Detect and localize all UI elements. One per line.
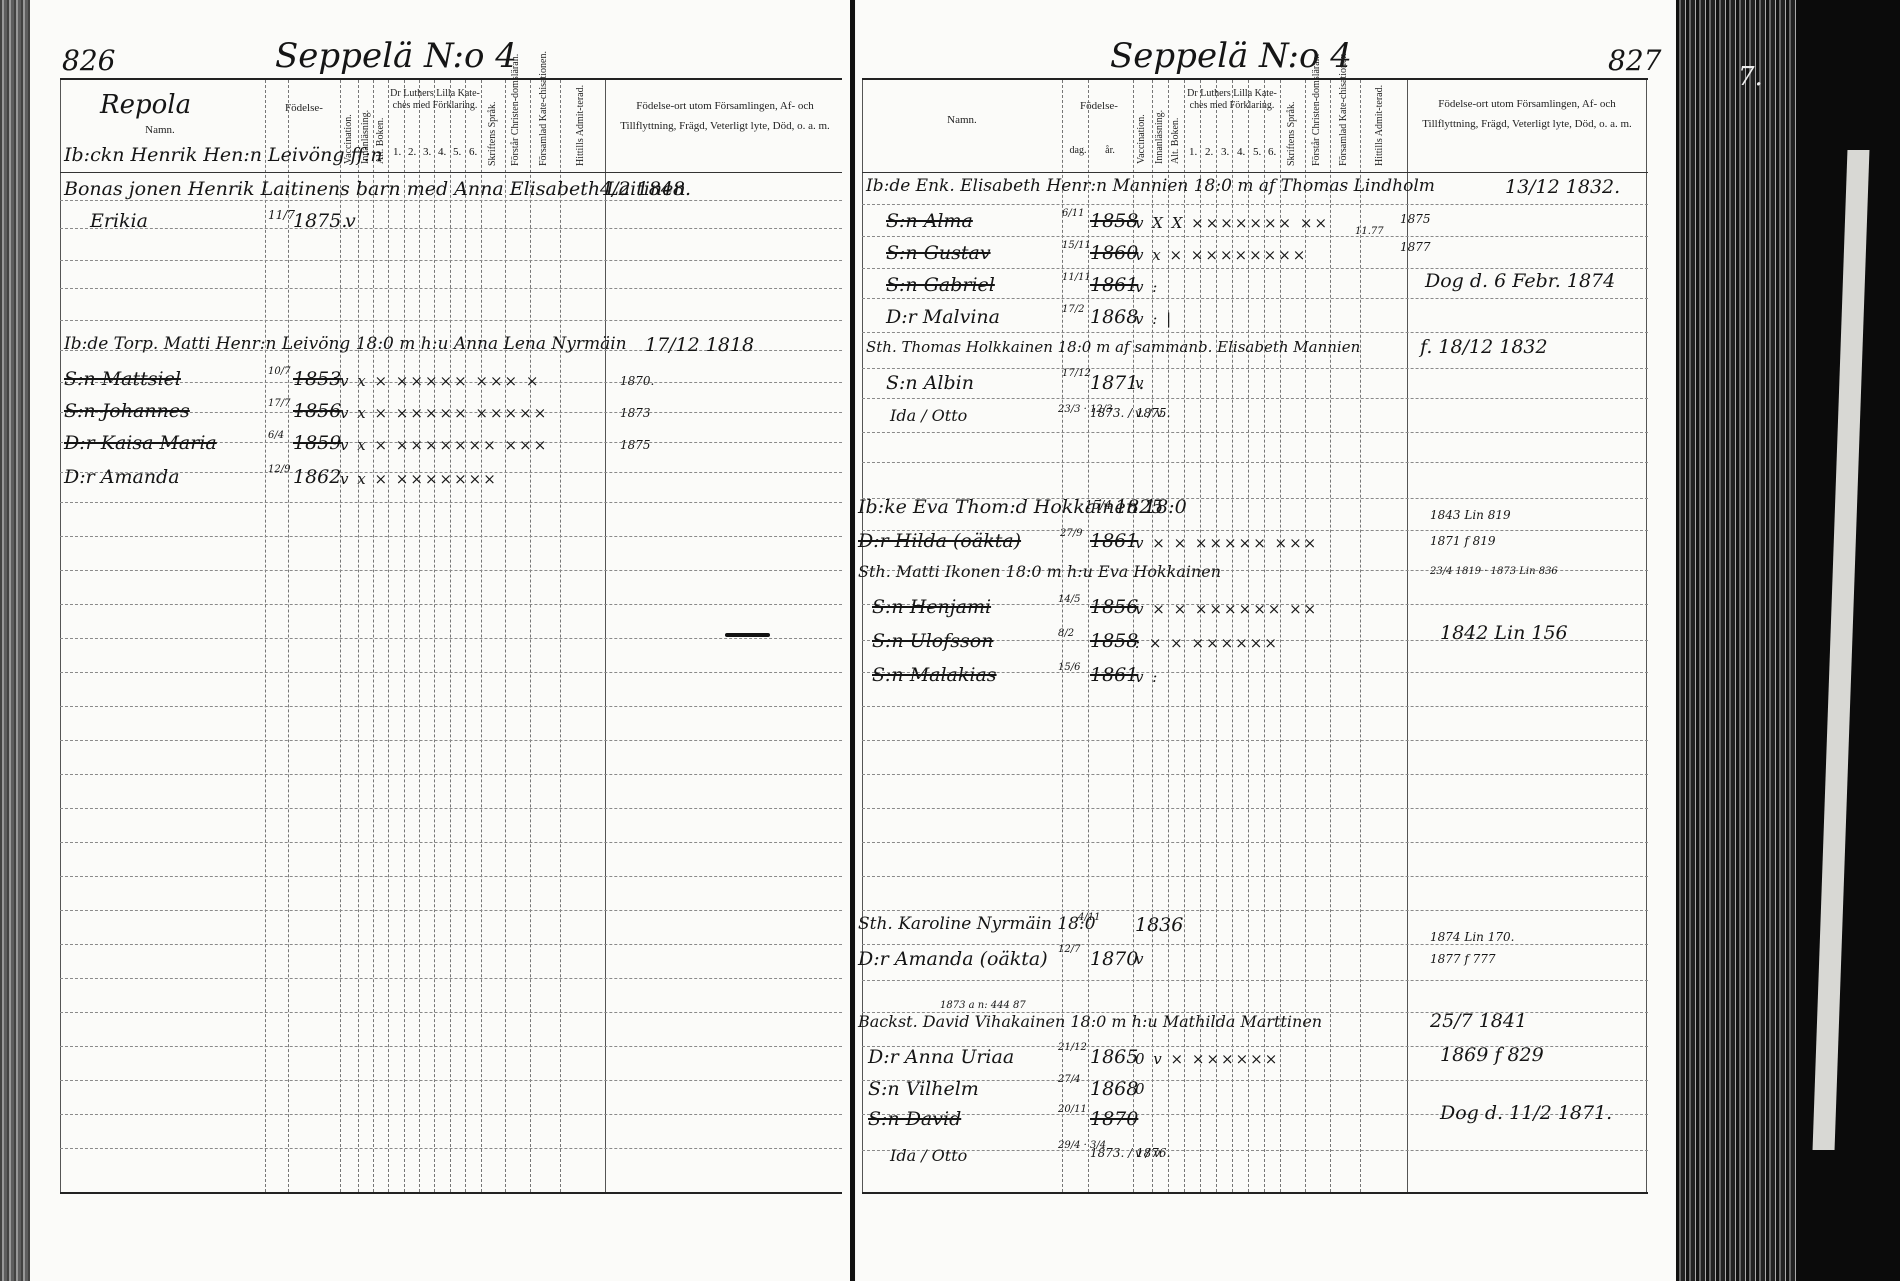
entry-name: D:r Malvina bbox=[886, 306, 1000, 328]
entry-name: S:n Mattsiel bbox=[64, 368, 181, 390]
catechism-col-6: 6. bbox=[1268, 146, 1276, 158]
entry-remarks: 4/2 1848. bbox=[600, 178, 691, 200]
entry-marks: v X X ××××××× ×× bbox=[1135, 214, 1329, 232]
catechism-col-3: 3. bbox=[1221, 146, 1229, 158]
entry-name: S:n Ulofsson bbox=[872, 630, 993, 652]
entry-marks: v x × ××××× ××× × bbox=[340, 372, 540, 390]
entry-name: D:r Anna Uriaa bbox=[868, 1046, 1014, 1068]
catechism-col-4: 4. bbox=[1237, 146, 1245, 158]
scripture-header: Skriftens Språk. bbox=[487, 84, 498, 166]
entry-name: D:r Kaisa Maria bbox=[64, 432, 217, 454]
entry-birth-year: 1853 bbox=[293, 368, 341, 390]
catechism-meeting-header: Församlad Kate-chisationen. bbox=[1338, 84, 1349, 166]
entry-name: S:n Johannes bbox=[64, 400, 190, 422]
entry-name: D:r Amanda bbox=[64, 466, 180, 488]
entry-birth-day: 15/6 bbox=[1058, 662, 1080, 673]
entry-birth-day: 6/4 bbox=[268, 430, 284, 441]
luther-catechism-header: Dr Luthers Lilla Kate-ches med Förklarin… bbox=[388, 88, 482, 112]
entry-remarks: Dog d. 11/2 1871. bbox=[1440, 1102, 1612, 1124]
entry-remarks: 1875 bbox=[1400, 212, 1431, 226]
entry-birth-year: 1861 bbox=[1090, 530, 1138, 552]
entry-remarks: f. 18/12 1832 bbox=[1420, 336, 1548, 358]
entry-marks: v : bbox=[1135, 668, 1159, 686]
entry-birth-year: 1860 bbox=[1090, 242, 1138, 264]
entry-remarks: 1842 Lin 156 bbox=[1440, 622, 1568, 644]
entry-name: S:n Gabriel bbox=[886, 274, 995, 296]
catechism-col-4: 4. bbox=[438, 146, 446, 158]
edge-mark: 7. bbox=[1738, 62, 1763, 92]
name-header: Namn. bbox=[130, 124, 190, 137]
entry-remarks: 1877 bbox=[1400, 240, 1431, 254]
birth-header: Födelse- bbox=[1066, 100, 1132, 113]
entry-birth-day: 14/5 bbox=[1058, 594, 1080, 605]
entry-birth-day: 21/12 bbox=[1058, 1042, 1087, 1053]
entry-marks: v bbox=[1135, 950, 1145, 968]
entry-name: Backst. David Vihakainen 18:0 m h:u Math… bbox=[858, 1012, 1322, 1031]
book-binding bbox=[850, 0, 855, 1281]
catechism-col-5: 5. bbox=[1253, 146, 1261, 158]
entry-birth-year: 1825 bbox=[1115, 496, 1163, 518]
entry-birth-year: 1861 bbox=[1090, 664, 1138, 686]
entry-remarks: 1874 Lin 170. bbox=[1430, 930, 1514, 944]
catechism-meeting-header: Församlad Kate-chisationen. bbox=[538, 84, 549, 166]
catechism-col-2: 2. bbox=[408, 146, 416, 158]
entry-birth-day: 15/4 bbox=[1085, 498, 1112, 512]
entry-name: Erikia bbox=[90, 210, 148, 232]
entry-birth-year: 1862 bbox=[293, 466, 341, 488]
entry-remarks: 1869 f 829 bbox=[1440, 1044, 1544, 1066]
entry-name: Sth. Thomas Holkkainen 18:0 m af sammanb… bbox=[866, 338, 1360, 356]
left-page-title: Seppelä N:o 4 bbox=[275, 36, 517, 76]
entry-birth-day: 12/9 bbox=[268, 464, 290, 475]
entry-birth-day: 8/2 bbox=[1058, 628, 1074, 639]
entry-birth-day: 27/4 bbox=[1058, 1074, 1080, 1085]
right-page-number: 827 bbox=[1608, 44, 1661, 77]
scripture-header: Skriftens Språk. bbox=[1286, 84, 1297, 166]
entry-name: D:r Hilda (oäkta) bbox=[858, 530, 1021, 552]
left-name-header-hand: Repola bbox=[100, 90, 191, 120]
entry-marks: v bbox=[345, 210, 356, 232]
entry-marks: v : | bbox=[1135, 310, 1173, 328]
entry-marks: v : bbox=[1135, 278, 1159, 296]
entry-remarks: 1843 Lin 819 bbox=[1430, 508, 1511, 522]
entry-marks: v / v. bbox=[1135, 1146, 1163, 1160]
entry-birth-year: 1858 bbox=[1090, 210, 1138, 232]
entry-name: Sth. Karoline Nyrmäin 18:0 bbox=[858, 914, 1096, 934]
entry-marks: v × × ××××× ××× bbox=[1135, 534, 1318, 552]
christian-doctrine-header: Förstår Christen-domsläran. bbox=[510, 84, 521, 166]
entry-name: Ib:de Enk. Elisabeth Henr:n Mannien 18:0… bbox=[866, 176, 1435, 196]
entry-birth-year: 1870 bbox=[1090, 1108, 1138, 1130]
entry-annotation: 11.77 bbox=[1355, 226, 1384, 237]
entry-name: S:n Vilhelm bbox=[868, 1078, 979, 1100]
entry-remarks: 23/4 1819 · 1873 Lin 836 bbox=[1430, 566, 1558, 577]
entry-birth-day: 17/7 bbox=[268, 398, 290, 409]
entry-marks: 0 bbox=[1135, 1080, 1147, 1098]
entry-birth-day: 11/7 bbox=[268, 208, 295, 222]
vaccination-header: Vaccination. bbox=[1136, 86, 1147, 164]
entry-marks: v x × ××××× ××××× bbox=[340, 404, 548, 422]
catechism-col-5: 5. bbox=[453, 146, 461, 158]
entry-marks: : × × ×××××× bbox=[1135, 634, 1279, 652]
birth-header: Födelse- bbox=[270, 102, 338, 115]
entry-birth-day: 10/7 bbox=[268, 366, 290, 377]
catechism-col-3: 3. bbox=[423, 146, 431, 158]
entry-remarks: 13/12 1832. bbox=[1505, 176, 1620, 198]
entry-birth-day: 15/11 bbox=[1062, 240, 1091, 251]
entry-birth-day: 20/11 bbox=[1058, 1104, 1087, 1115]
remarks-header: Födelse-ort utom Församlingen, Af- och T… bbox=[620, 96, 830, 136]
entry-remarks: 17/12 1818 bbox=[645, 334, 754, 356]
entry-marks: v x × ××××××× ××× bbox=[340, 436, 548, 454]
birth-year-header: år. bbox=[1100, 144, 1120, 157]
entry-remarks: Dog d. 6 Febr. 1874 bbox=[1425, 270, 1615, 292]
catechism-col-1: 1. bbox=[393, 146, 401, 158]
abc-book-header: Alt. Boken. bbox=[1170, 86, 1181, 164]
entry-name: Sth. Matti Ikonen 18:0 m h:u Eva Hokkain… bbox=[858, 562, 1221, 581]
entry-remarks: 1870. bbox=[620, 374, 654, 388]
entry-marks: v bbox=[1135, 374, 1145, 392]
entry-birth-year: 1865 bbox=[1090, 1046, 1138, 1068]
entry-birth-day: 27/9 bbox=[1060, 528, 1082, 539]
entry-birth-day: 4/11 bbox=[1078, 912, 1100, 923]
catechism-col-6: 6. bbox=[469, 146, 477, 158]
entry-name: D:r Amanda (oäkta) bbox=[858, 948, 1048, 970]
entry-birth-year: 1856 bbox=[1090, 596, 1138, 618]
entry-remarks: 1873 bbox=[620, 406, 651, 420]
entry-name: S:n Alma bbox=[886, 210, 973, 232]
entry-name: S:n David bbox=[868, 1108, 961, 1130]
entry-birth-year: 1868 bbox=[1090, 1078, 1138, 1100]
entry-birth-year: 1858 bbox=[1090, 630, 1138, 652]
entry-birth-day: 12/7 bbox=[1058, 944, 1080, 955]
entry-birth-day: 17/12 bbox=[1062, 368, 1091, 379]
entry-birth-year: 1870 bbox=[1090, 948, 1138, 970]
christian-doctrine-header: Förstår Christen-domsläran. bbox=[1311, 84, 1322, 166]
catechism-col-1: 1. bbox=[1189, 146, 1197, 158]
entry-birth-day: 6/11 bbox=[1062, 208, 1084, 219]
entry-marks: v x × ×××××××× bbox=[1135, 246, 1307, 264]
entry-name: Ib:ckn Henrik Hen:n Leivöng ff:n bbox=[64, 144, 383, 166]
entry-name: S:n Henjami bbox=[872, 596, 991, 618]
entry-name: S:n Gustav bbox=[886, 242, 991, 264]
ink-blot bbox=[725, 633, 770, 637]
entry-remarks: 1877 f 777 bbox=[1430, 952, 1496, 966]
left-page-number: 826 bbox=[62, 44, 115, 77]
entry-birth-year: 1836 bbox=[1135, 914, 1183, 936]
catechism-col-2: 2. bbox=[1205, 146, 1213, 158]
name-header: Namn. bbox=[932, 114, 992, 127]
communion-header: Hittills Admit-terad. bbox=[1374, 84, 1385, 166]
entry-birth-year: 1875. bbox=[293, 210, 347, 232]
entry-birth-year: 1859 bbox=[293, 432, 341, 454]
reading-header: Innanläsning. bbox=[1154, 86, 1165, 164]
entry-name: Ib:de Torp. Matti Henr:n Leivöng 18:0 m … bbox=[64, 334, 627, 354]
entry-name: S:n Malakias bbox=[872, 664, 997, 686]
luther-catechism-header: Dr Luthers Lilla Kate-ches med Förklarin… bbox=[1184, 88, 1280, 112]
entry-name: Ida / Otto bbox=[890, 406, 967, 425]
entry-annotation: 1873 a n: 444 87 bbox=[940, 1000, 1026, 1011]
birth-day-header: dag. bbox=[1068, 144, 1088, 157]
entry-remarks: 1875 bbox=[620, 438, 651, 452]
entry-marks: v x × ××××××× bbox=[340, 470, 498, 488]
scan-border-left bbox=[0, 0, 30, 1281]
entry-marks: 0 v × ×××××× bbox=[1135, 1050, 1279, 1068]
entry-name: S:n Albin bbox=[886, 372, 974, 394]
entry-remarks: 1871 f 819 bbox=[1430, 534, 1496, 548]
entry-birth-year: 1856 bbox=[293, 400, 341, 422]
entry-name: Ida / Otto bbox=[890, 1146, 967, 1165]
entry-birth-day: 17/2 bbox=[1062, 304, 1084, 315]
entry-remarks: 25/7 1841 bbox=[1430, 1010, 1527, 1032]
entry-marks: v. / v. bbox=[1135, 406, 1165, 420]
entry-birth-year: 1868 bbox=[1090, 306, 1138, 328]
entry-name: Bonas jonen Henrik Laitinens barn med An… bbox=[64, 178, 686, 200]
remarks-header: Födelse-ort utom Församlingen, Af- och T… bbox=[1422, 94, 1632, 134]
entry-birth-day: 11/11 bbox=[1062, 272, 1091, 283]
entry-marks: v × × ×××××× ×× bbox=[1135, 600, 1318, 618]
entry-birth-year: 1861 bbox=[1090, 274, 1138, 296]
communion-header: Hittills Admit-terad. bbox=[575, 84, 586, 166]
page-edge-stack bbox=[1676, 0, 1796, 1281]
